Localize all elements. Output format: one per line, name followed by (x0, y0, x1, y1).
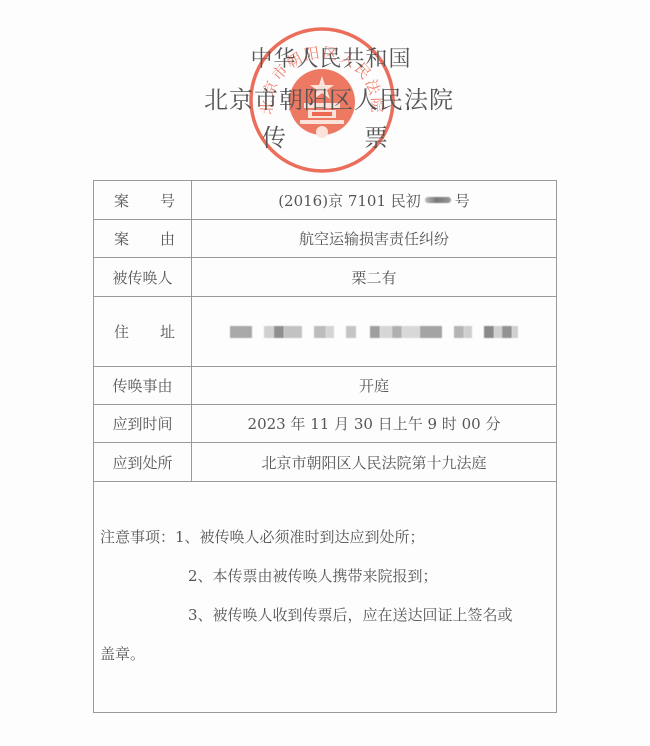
summons-form-table: 案 号 (2016)京 7101 民初 号 案 由 航空运输损害责任纠纷 被传唤… (93, 180, 557, 713)
redacted-address (230, 326, 518, 338)
row-summoned-person: 被传唤人 栗二有 (94, 258, 556, 297)
row-summons-reason: 传唤事由 开庭 (94, 367, 556, 405)
row-address: 住 址 (94, 297, 556, 367)
note-item-3-continuation: 盖章。 (100, 635, 550, 674)
label-case-number: 案 号 (94, 181, 192, 219)
title-char-right: 票 (364, 118, 388, 153)
header-country: 中华人民共和国 (0, 42, 650, 73)
row-case-cause: 案 由 航空运输损害责任纠纷 (94, 220, 556, 258)
row-case-number: 案 号 (2016)京 7101 民初 号 (94, 181, 556, 220)
label-appearance-place: 应到处所 (94, 443, 192, 481)
value-summoned-person: 栗二有 (192, 258, 556, 296)
label-summoned-person: 被传唤人 (94, 258, 192, 296)
value-case-number: (2016)京 7101 民初 号 (192, 181, 556, 219)
value-summons-reason: 开庭 (192, 367, 556, 404)
label-address: 住 址 (94, 297, 192, 366)
notes-heading: 注意事项： (100, 528, 175, 546)
label-case-cause: 案 由 (94, 220, 192, 257)
note-item-1: 注意事项：1、被传唤人必须准时到达应到处所； (100, 518, 550, 557)
summons-document: 北京市朝阳区人民法院 中华人民共和国 北京市朝阳区人民法院 传票 案 号 (20… (0, 0, 650, 746)
value-appearance-place: 北京市朝阳区人民法院第十九法庭 (192, 443, 556, 481)
value-address-redacted (192, 297, 556, 366)
row-appearance-time: 应到时间 2023 年 11 月 30 日上午 9 时 00 分 (94, 405, 556, 443)
row-appearance-place: 应到处所 北京市朝阳区人民法院第十九法庭 (94, 443, 556, 482)
value-appearance-time: 2023 年 11 月 30 日上午 9 时 00 分 (192, 405, 556, 442)
label-appearance-time: 应到时间 (94, 405, 192, 442)
value-case-cause: 航空运输损害责任纠纷 (192, 220, 556, 257)
notes-section: 注意事项：1、被传唤人必须准时到达应到处所； 2、本传票由被传唤人携带来院报到；… (94, 482, 556, 674)
note-item-3: 3、被传唤人收到传票后，应在送达回证上签名或 (100, 596, 550, 635)
document-title: 传票 (0, 118, 650, 153)
title-char-left: 传 (262, 118, 286, 153)
note-item-2: 2、本传票由被传唤人携带来院报到； (100, 557, 550, 596)
label-summons-reason: 传唤事由 (94, 367, 192, 404)
header-court-name: 北京市朝阳区人民法院 (0, 80, 650, 115)
redacted-case-id (425, 197, 451, 203)
